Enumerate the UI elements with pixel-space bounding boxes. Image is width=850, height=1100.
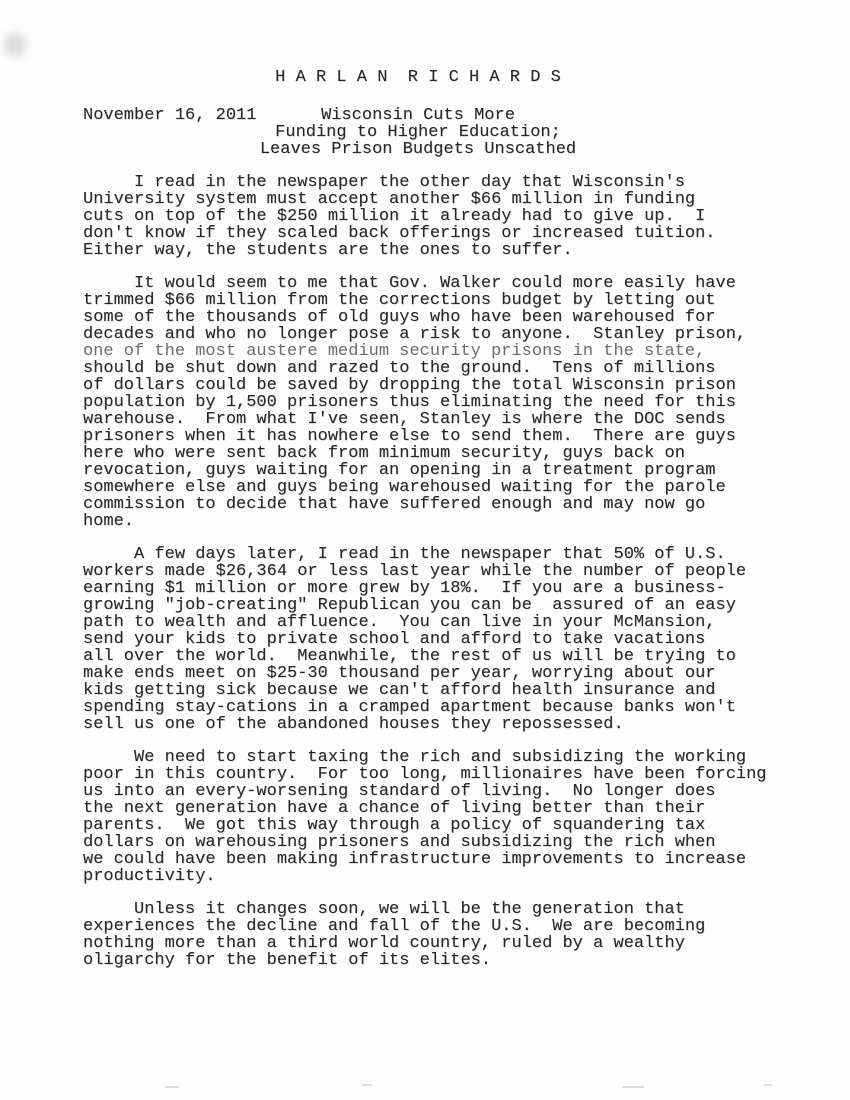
scanned-letter-page: H A R L A N R I C H A R D S November 16,… [0, 0, 850, 1100]
text-line: poor in this country. For too long, mill… [83, 766, 823, 783]
paragraph: A few days later, I read in the newspape… [83, 546, 823, 733]
text-line: We need to start taxing the rich and sub… [83, 749, 823, 766]
title-line: Funding to Higher Education; [0, 124, 836, 141]
text-line: kids getting sick because we can't affor… [83, 682, 823, 699]
text-line: population by 1,500 prisoners thus elimi… [83, 394, 823, 411]
text-line: sell us one of the abandoned houses they… [83, 716, 823, 733]
text-line: earning $1 million or more grew by 18%. … [83, 580, 823, 597]
text-line: productivity. [83, 868, 823, 885]
text-line: warehouse. From what I've seen, Stanley … [83, 411, 823, 428]
text-line: should be shut down and razed to the gro… [83, 360, 823, 377]
letter-body: I read in the newspaper the other day th… [83, 174, 823, 985]
text-line: Either way, the students are the ones to… [83, 242, 823, 259]
letter-title: Wisconsin Cuts MoreFunding to Higher Edu… [0, 107, 836, 158]
text-line: growing "job-creating" Republican you ca… [83, 597, 823, 614]
text-line: path to wealth and affluence. You can li… [83, 614, 823, 631]
text-line: make ends meet on $25-30 thousand per ye… [83, 665, 823, 682]
text-line: University system must accept another $6… [83, 191, 823, 208]
text-line: decades and who no longer pose a risk to… [83, 326, 823, 343]
text-line: Unless it changes soon, we will be the g… [83, 901, 823, 918]
scan-speck [165, 1086, 179, 1088]
text-line: oligarchy for the benefit of its elites. [83, 952, 823, 969]
text-line: commission to decide that have suffered … [83, 496, 823, 513]
paragraph: I read in the newspaper the other day th… [83, 174, 823, 259]
text-line: I read in the newspaper the other day th… [83, 174, 823, 191]
scan-speck [362, 1084, 372, 1086]
title-line: Wisconsin Cuts More [0, 107, 836, 124]
paragraph: It would seem to me that Gov. Walker cou… [83, 275, 823, 530]
text-line: somewhere else and guys being warehoused… [83, 479, 823, 496]
text-line: don't know if they scaled back offerings… [83, 225, 823, 242]
scan-speck [764, 1084, 772, 1086]
scan-smudge [4, 33, 26, 57]
paragraph: We need to start taxing the rich and sub… [83, 749, 823, 885]
text-line: we could have been making infrastructure… [83, 851, 823, 868]
text-line: experiences the decline and fall of the … [83, 918, 823, 935]
text-line: us into an every-worsening standard of l… [83, 783, 823, 800]
text-line: prisoners when it has nowhere else to se… [83, 428, 823, 445]
text-line: cuts on top of the $250 million it alrea… [83, 208, 823, 225]
text-line: dollars on warehousing prisoners and sub… [83, 834, 823, 851]
text-line: send your kids to private school and aff… [83, 631, 823, 648]
text-line: home. [83, 513, 823, 530]
text-line: some of the thousands of old guys who ha… [83, 309, 823, 326]
scan-speck [622, 1086, 644, 1088]
text-line: trimmed $66 million from the corrections… [83, 292, 823, 309]
text-line: workers made $26,364 or less last year w… [83, 563, 823, 580]
text-line: the next generation have a chance of liv… [83, 800, 823, 817]
text-line: one of the most austere medium security … [83, 343, 823, 360]
text-line: spending stay-cations in a cramped apart… [83, 699, 823, 716]
text-line: nothing more than a third world country,… [83, 935, 823, 952]
text-line: It would seem to me that Gov. Walker cou… [83, 275, 823, 292]
text-line: here who were sent back from minimum sec… [83, 445, 823, 462]
text-line: revocation, guys waiting for an opening … [83, 462, 823, 479]
text-line: parents. We got this way through a polic… [83, 817, 823, 834]
title-line: Leaves Prison Budgets Unscathed [0, 141, 836, 158]
text-line: A few days later, I read in the newspape… [83, 546, 823, 563]
author-name: H A R L A N R I C H A R D S [0, 69, 836, 86]
text-line: of dollars could be saved by dropping th… [83, 377, 823, 394]
text-line: all over the world. Meanwhile, the rest … [83, 648, 823, 665]
paragraph: Unless it changes soon, we will be the g… [83, 901, 823, 969]
